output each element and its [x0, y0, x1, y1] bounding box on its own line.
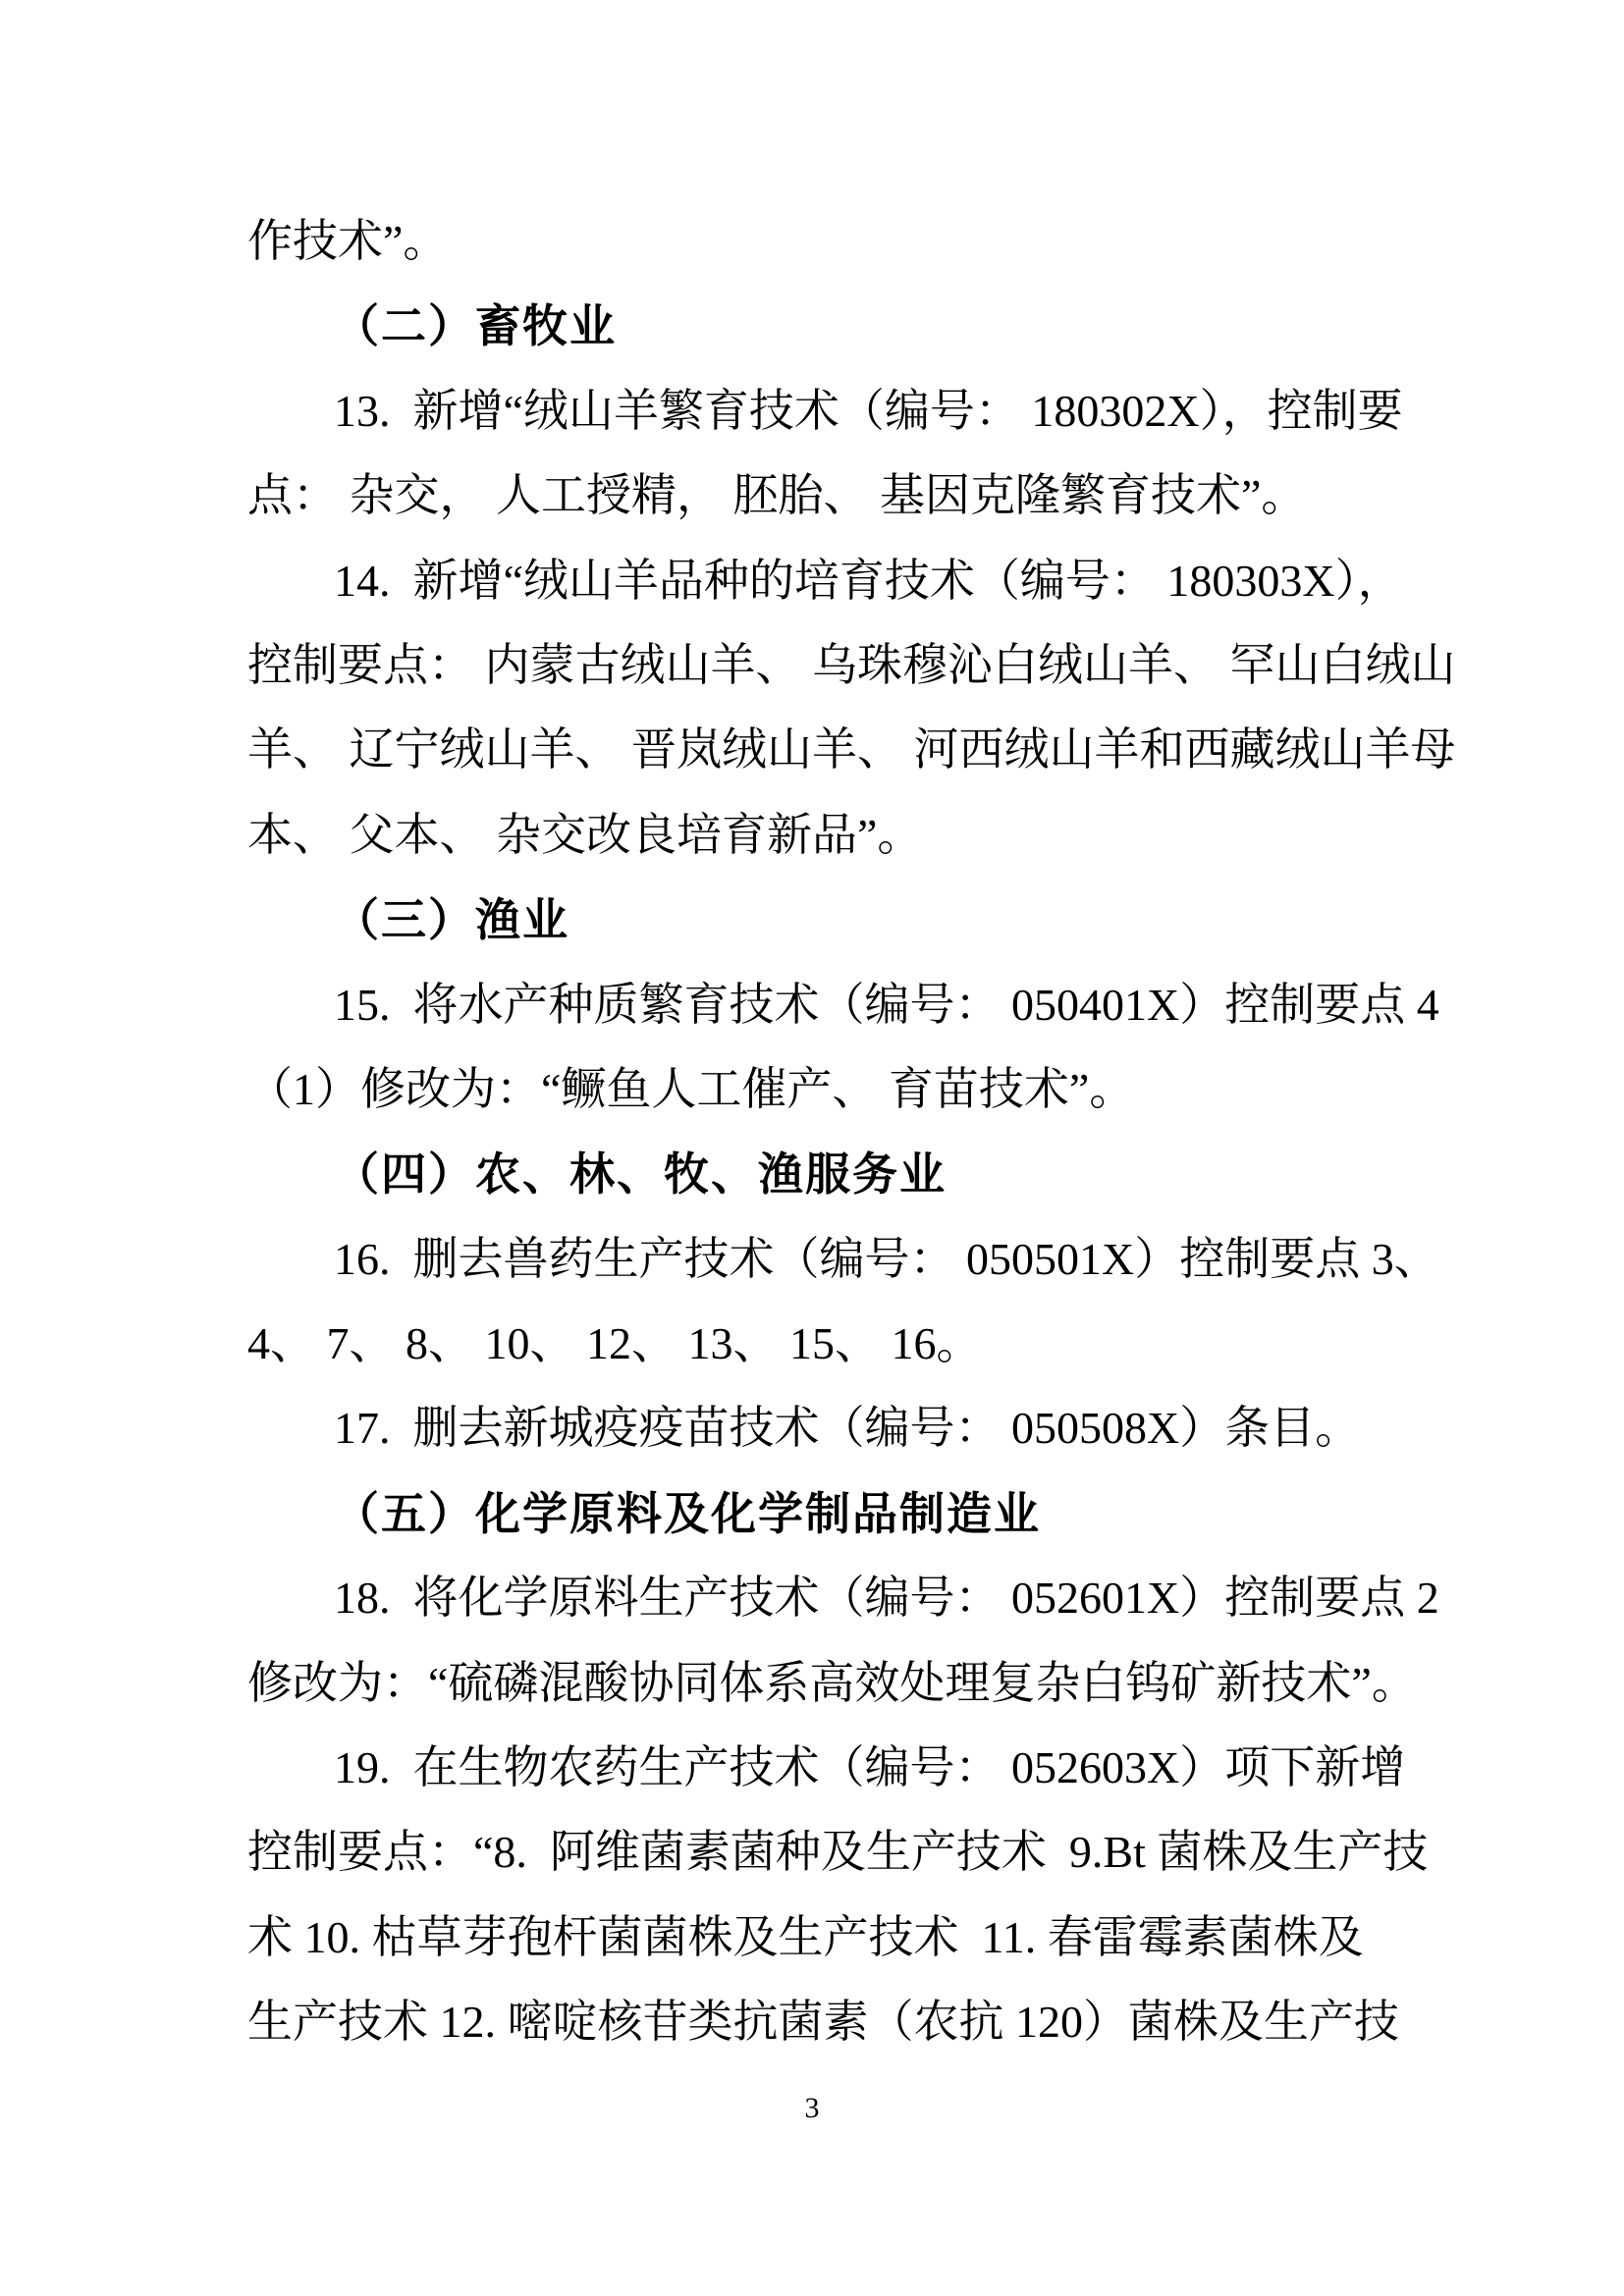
section-heading: （四）农、林、牧、渔服务业 [247, 1132, 1379, 1216]
text-line: 19. 在生物农药生产技术（编号： 052603X）项下新增 [247, 1726, 1379, 1810]
document-body: 作技术”。（二）畜牧业13. 新增“绒山羊繁育技术（编号： 180302X），控… [247, 199, 1379, 2065]
text-line: 15. 将水产种质繁育技术（编号： 050401X）控制要点 4 [247, 963, 1379, 1047]
page-number: 3 [805, 2092, 820, 2124]
section-heading: （五）化学原料及化学制品制造业 [247, 1471, 1379, 1556]
text-line: 作技术”。 [247, 199, 1379, 284]
document-page: 作技术”。（二）畜牧业13. 新增“绒山羊繁育技术（编号： 180302X），控… [0, 0, 1624, 2296]
section-heading: （二）畜牧业 [247, 284, 1379, 368]
text-line: 控制要点：“8. 阿维菌素菌种及生产技术 9.Bt 菌株及生产技 [247, 1810, 1379, 1895]
text-line: 13. 新增“绒山羊繁育技术（编号： 180302X），控制要 [247, 369, 1379, 454]
text-line: 16. 删去兽药生产技术（编号： 050501X）控制要点 3、 [247, 1217, 1379, 1302]
text-line: 点： 杂交， 人工授精， 胚胎、 基因克隆繁育技术”。 [247, 454, 1379, 538]
text-line: 羊、 辽宁绒山羊、 晋岚绒山羊、 河西绒山羊和西藏绒山羊母 [247, 708, 1379, 792]
text-line: 术 10. 枯草芽孢杆菌菌株及生产技术 11. 春雷霉素菌株及 [247, 1896, 1379, 1980]
section-heading: （三）渔业 [247, 878, 1379, 962]
text-line: （1）修改为：“鳜鱼人工催产、 育苗技术”。 [247, 1047, 1379, 1132]
text-line: 本、 父本、 杂交改良培育新品”。 [247, 793, 1379, 878]
text-line: 17. 删去新城疫疫苗技术（编号： 050508X）条目。 [247, 1386, 1379, 1470]
text-line: 14. 新增“绒山羊品种的培育技术（编号： 180303X）， [247, 539, 1379, 623]
text-line: 控制要点： 内蒙古绒山羊、 乌珠穆沁白绒山羊、 罕山白绒山 [247, 623, 1379, 708]
text-line: 4、 7、 8、 10、 12、 13、 15、 16。 [247, 1302, 1379, 1386]
text-line: 18. 将化学原料生产技术（编号： 052601X）控制要点 2 [247, 1556, 1379, 1640]
text-line: 生产技术 12. 嘧啶核苷类抗菌素（农抗 120）菌株及生产技 [247, 1980, 1379, 2064]
page-footer: 3 [0, 2091, 1624, 2126]
text-line: 修改为：“硫磷混酸协同体系高效处理复杂白钨矿新技术”。 [247, 1641, 1379, 1726]
